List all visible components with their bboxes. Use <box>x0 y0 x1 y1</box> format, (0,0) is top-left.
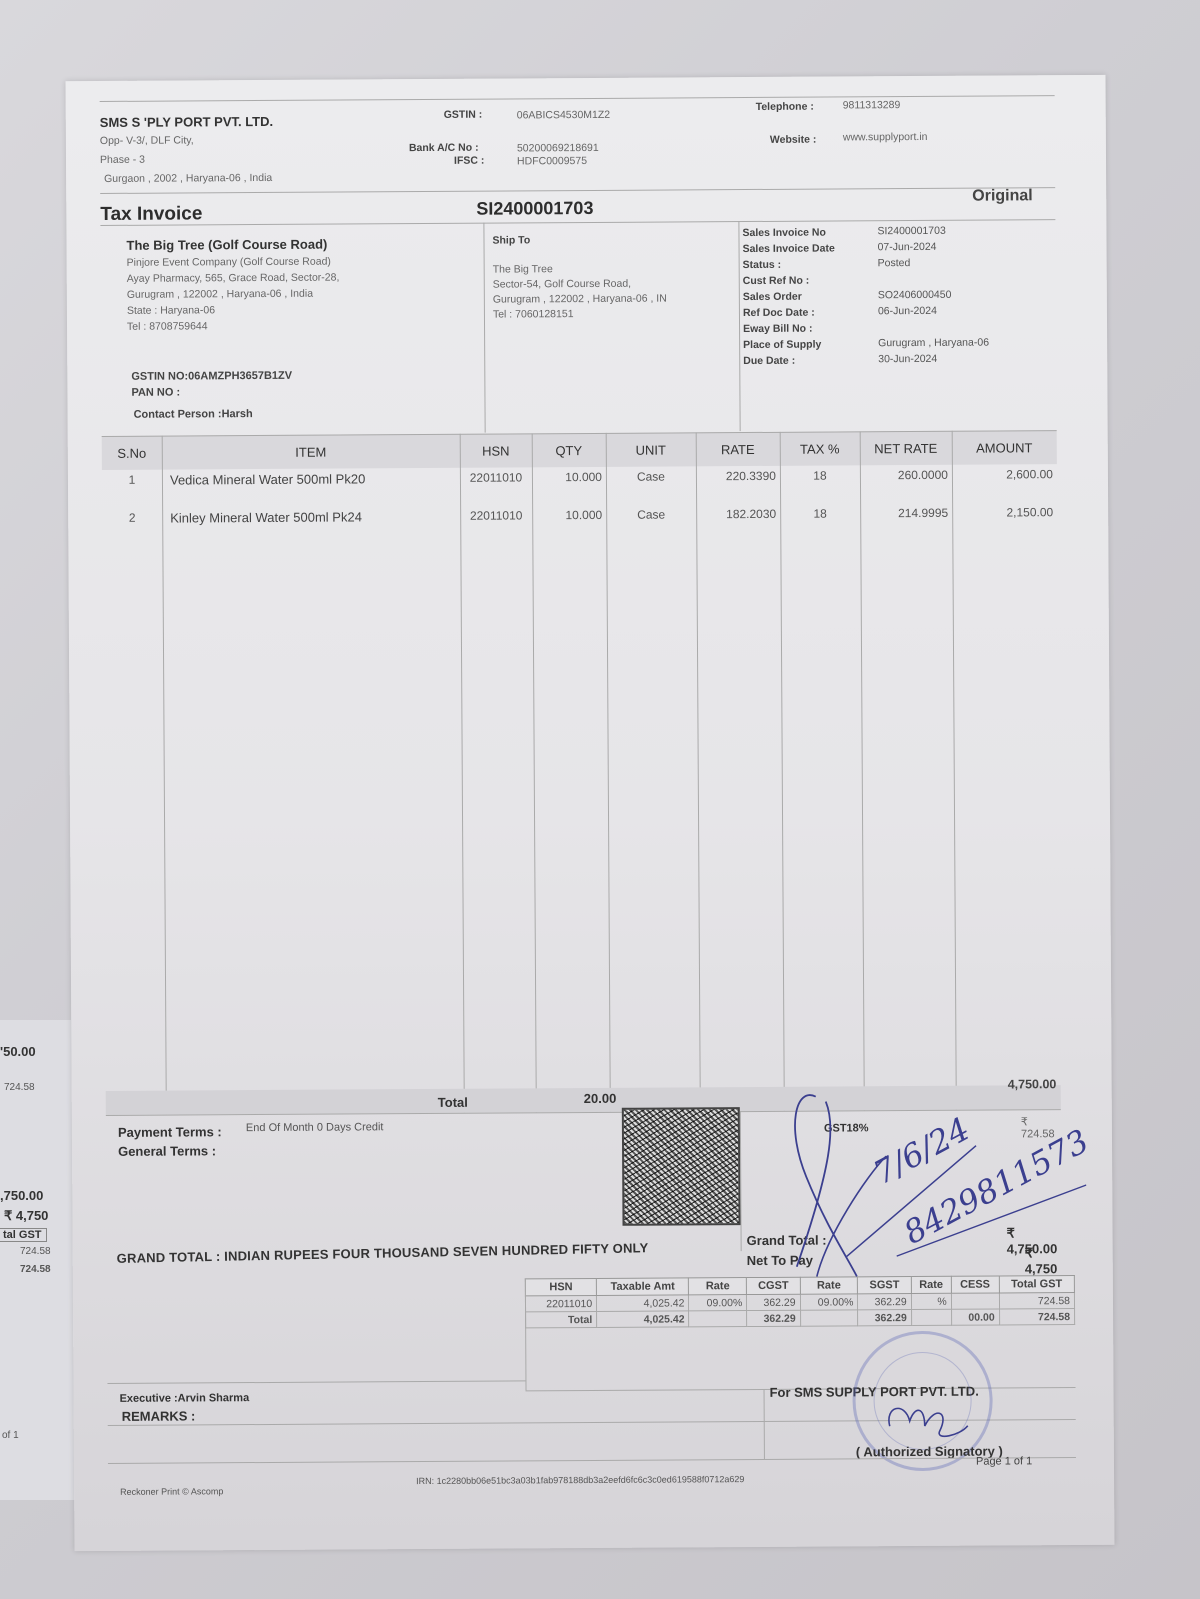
cell-unit: Case <box>606 469 696 484</box>
cell-unit: Case <box>606 507 696 522</box>
invoice-meta-labels: Sales Invoice NoSales Invoice DateStatus… <box>742 224 835 369</box>
column-header: RATE <box>696 442 780 458</box>
underlying-value: '50.00 <box>0 1044 36 1059</box>
cell-rate: 220.3390 <box>696 469 776 483</box>
payment-terms-value: End Of Month 0 Days Credit <box>246 1121 384 1134</box>
bill-to-tel: Tel : 8708759644 <box>127 318 340 335</box>
invoice-meta-value: SO2406000450 <box>878 287 989 304</box>
bill-to-line1: Pinjore Event Company (Golf Course Road) <box>127 254 340 271</box>
column-header: QTY <box>532 443 606 458</box>
gst-cell: 4,025.42 <box>597 1295 689 1312</box>
gst-cell <box>911 1309 951 1325</box>
gst-cell: 362.29 <box>747 1294 800 1310</box>
gst-cell: 09.00% <box>800 1294 858 1310</box>
ship-to-block: Ship To The Big Tree Sector-54, Golf Cou… <box>492 232 666 323</box>
ship-to-heading: Ship To <box>492 232 666 249</box>
tax-invoice: SMS S 'PLY PORT PVT. LTD. Opp- V-3/, DLF… <box>100 95 1055 101</box>
ifsc-label: IFSC : <box>454 155 484 167</box>
company-name: SMS S 'PLY PORT PVT. LTD. <box>100 114 273 130</box>
gst-cell: 4,025.42 <box>597 1311 689 1328</box>
underlying-value: 724.58 <box>20 1264 51 1275</box>
qr-code <box>622 1107 741 1226</box>
gst-cell: 724.58 <box>999 1293 1075 1309</box>
bill-to-line2: Ayay Pharmacy, 565, Grace Road, Sector-2… <box>127 270 340 287</box>
underlying-value: of 1 <box>2 1430 19 1441</box>
telephone-value: 9811313289 <box>843 99 901 111</box>
ship-to-line2: Gurugram , 122002 , Haryana-06 , IN <box>493 292 667 308</box>
column-header: TAX % <box>780 441 860 456</box>
underlying-value: ₹ 4,750 <box>4 1208 48 1224</box>
invoice-meta-label: Sales Invoice Date <box>743 240 835 257</box>
invoice-meta-label: Place of Supply <box>743 336 835 353</box>
invoice-meta-value: Posted <box>878 255 989 272</box>
invoice-meta-values: SI240000170307-Jun-2024PostedSO240600045… <box>877 223 989 368</box>
column-header: NET RATE <box>860 441 952 457</box>
column-header: ITEM <box>162 444 460 461</box>
bill-to-state: State : Haryana-06 <box>127 302 340 319</box>
cell-tax: 18 <box>780 506 860 520</box>
company-address-line1: Opp- V-3/, DLF City, <box>100 134 194 147</box>
gst-cell: 00.00 <box>951 1309 999 1325</box>
invoice-meta-value: Gurugram , Haryana-06 <box>878 335 989 352</box>
bill-to-block: The Big Tree (Golf Course Road) Pinjore … <box>126 236 339 335</box>
cell-amount: 2,600.00 <box>952 467 1053 482</box>
gst-cell: 724.58 <box>999 1309 1075 1325</box>
gst-cell: 22011010 <box>525 1295 596 1311</box>
document-type: Tax Invoice <box>100 203 202 226</box>
bill-to-line3: Gurugram , 122002 , Haryana-06 , India <box>127 286 340 303</box>
remarks-label: REMARKS : <box>122 1408 196 1423</box>
cell-sno: 1 <box>102 473 162 487</box>
invoice-meta-value <box>878 319 989 336</box>
website-label: Website : <box>770 134 817 146</box>
underlying-value: 724.58 <box>4 1082 35 1093</box>
invoice-meta-value: 30-Jun-2024 <box>878 351 989 368</box>
cell-hsn: 22011010 <box>460 508 532 522</box>
gst-cell <box>800 1310 858 1326</box>
irn-number: IRN: 1c2280bb06e51bc3a03b1fab978188db3a2… <box>416 1474 744 1486</box>
invoice-meta-value: 06-Jun-2024 <box>878 303 989 320</box>
invoice-paper: SMS S 'PLY PORT PVT. LTD. Opp- V-3/, DLF… <box>66 75 1115 1551</box>
invoice-meta-label: Ref Doc Date : <box>743 304 835 321</box>
cell-rate: 182.2030 <box>696 507 776 521</box>
invoice-meta-label: Eway Bill No : <box>743 320 835 337</box>
page-number: Page 1 of 1 <box>976 1455 1032 1467</box>
amount-in-words: GRAND TOTAL : INDIAN RUPEES FOUR THOUSAN… <box>117 1240 649 1266</box>
total-qty: 20.00 <box>584 1091 617 1106</box>
invoice-meta-value: 07-Jun-2024 <box>878 239 989 256</box>
column-header: HSN <box>460 443 532 458</box>
total-label: Total <box>438 1095 468 1110</box>
ship-to-line1: Sector-54, Golf Course Road, <box>493 277 667 293</box>
gstin-label: GSTIN : <box>444 109 483 121</box>
invoice-meta-label: Sales Invoice No <box>742 224 834 241</box>
ship-to-tel: Tel : 7060128151 <box>493 307 667 323</box>
company-address-line3: Gurgaon , 2002 , Haryana-06 , India <box>104 172 272 185</box>
ship-to-name: The Big Tree <box>493 262 667 278</box>
bill-to-gstin: GSTIN NO:06AMZPH3657B1ZV <box>131 370 292 383</box>
column-header: S.No <box>102 446 162 461</box>
executive-name: Executive :Arvin Sharma <box>120 1392 250 1405</box>
gst-cell <box>951 1293 999 1309</box>
authorized-signature <box>880 1396 970 1447</box>
column-header: UNIT <box>606 442 696 458</box>
cell-hsn: 22011010 <box>460 470 532 484</box>
payment-terms-label: Payment Terms : <box>118 1124 222 1140</box>
gst-cell: 362.29 <box>747 1310 800 1326</box>
invoice-meta-value <box>878 271 989 288</box>
gst-cell: 362.29 <box>858 1310 911 1326</box>
telephone-label: Telephone : <box>756 101 814 113</box>
gst-cell: Total <box>526 1311 597 1327</box>
cell-amount: 2,150.00 <box>952 505 1053 520</box>
ifsc-value: HDFC0009575 <box>517 155 587 167</box>
cell-item: Kinley Mineral Water 500ml Pk24 <box>170 509 460 526</box>
invoice-meta-label: Status : <box>743 256 835 273</box>
underlying-value: 724.58 <box>20 1246 51 1257</box>
invoice-meta-value: SI2400001703 <box>877 223 988 240</box>
gst-column-header: HSN <box>525 1278 596 1295</box>
bill-to-pan: PAN NO : <box>131 386 180 398</box>
copy-type: Original <box>972 187 1033 205</box>
company-address-line2: Phase - 3 <box>100 154 145 166</box>
bill-to-name: The Big Tree (Golf Course Road) <box>126 236 339 255</box>
website-value[interactable]: www.supplyport.in <box>843 131 928 144</box>
cell-qty: 10.000 <box>532 508 602 522</box>
invoice-meta-label: Sales Order <box>743 288 835 305</box>
cell-tax: 18 <box>780 468 860 482</box>
underlying-value: ,750.00 <box>0 1188 43 1203</box>
gst-cell: % <box>911 1293 951 1309</box>
handwritten-signature <box>786 1085 1087 1287</box>
cell-net-rate: 260.0000 <box>860 468 948 483</box>
gst-cell <box>689 1311 747 1327</box>
gst-column-header: Taxable Amt <box>597 1278 689 1296</box>
invoice-meta-label: Cust Ref No : <box>743 272 835 289</box>
column-header: AMOUNT <box>952 440 1057 456</box>
gst-table-row: Total4,025.42362.29362.2900.00724.58 <box>526 1309 1075 1328</box>
gst-column-header: Rate <box>689 1278 747 1295</box>
invoice-meta-label: Due Date : <box>743 352 835 369</box>
general-terms-label: General Terms : <box>118 1143 216 1159</box>
gstin-value: 06ABICS4530M1Z2 <box>517 109 610 122</box>
invoice-number-title: SI2400001703 <box>476 198 593 220</box>
bank-account-value: 50200069218691 <box>517 142 599 154</box>
bank-account-label: Bank A/C No : <box>409 142 479 154</box>
cell-sno: 2 <box>102 511 162 525</box>
cell-net-rate: 214.9995 <box>860 506 948 521</box>
gst-cell: 09.00% <box>689 1295 747 1311</box>
gst-cell: 362.29 <box>858 1294 911 1310</box>
bill-to-contact: Contact Person :Harsh <box>134 408 253 421</box>
software-credit: Reckoner Print © Ascomp <box>120 1486 223 1497</box>
cell-qty: 10.000 <box>532 470 602 484</box>
cell-item: Vedica Mineral Water 500ml Pk20 <box>170 471 460 488</box>
underlying-value: tal GST <box>0 1228 47 1242</box>
